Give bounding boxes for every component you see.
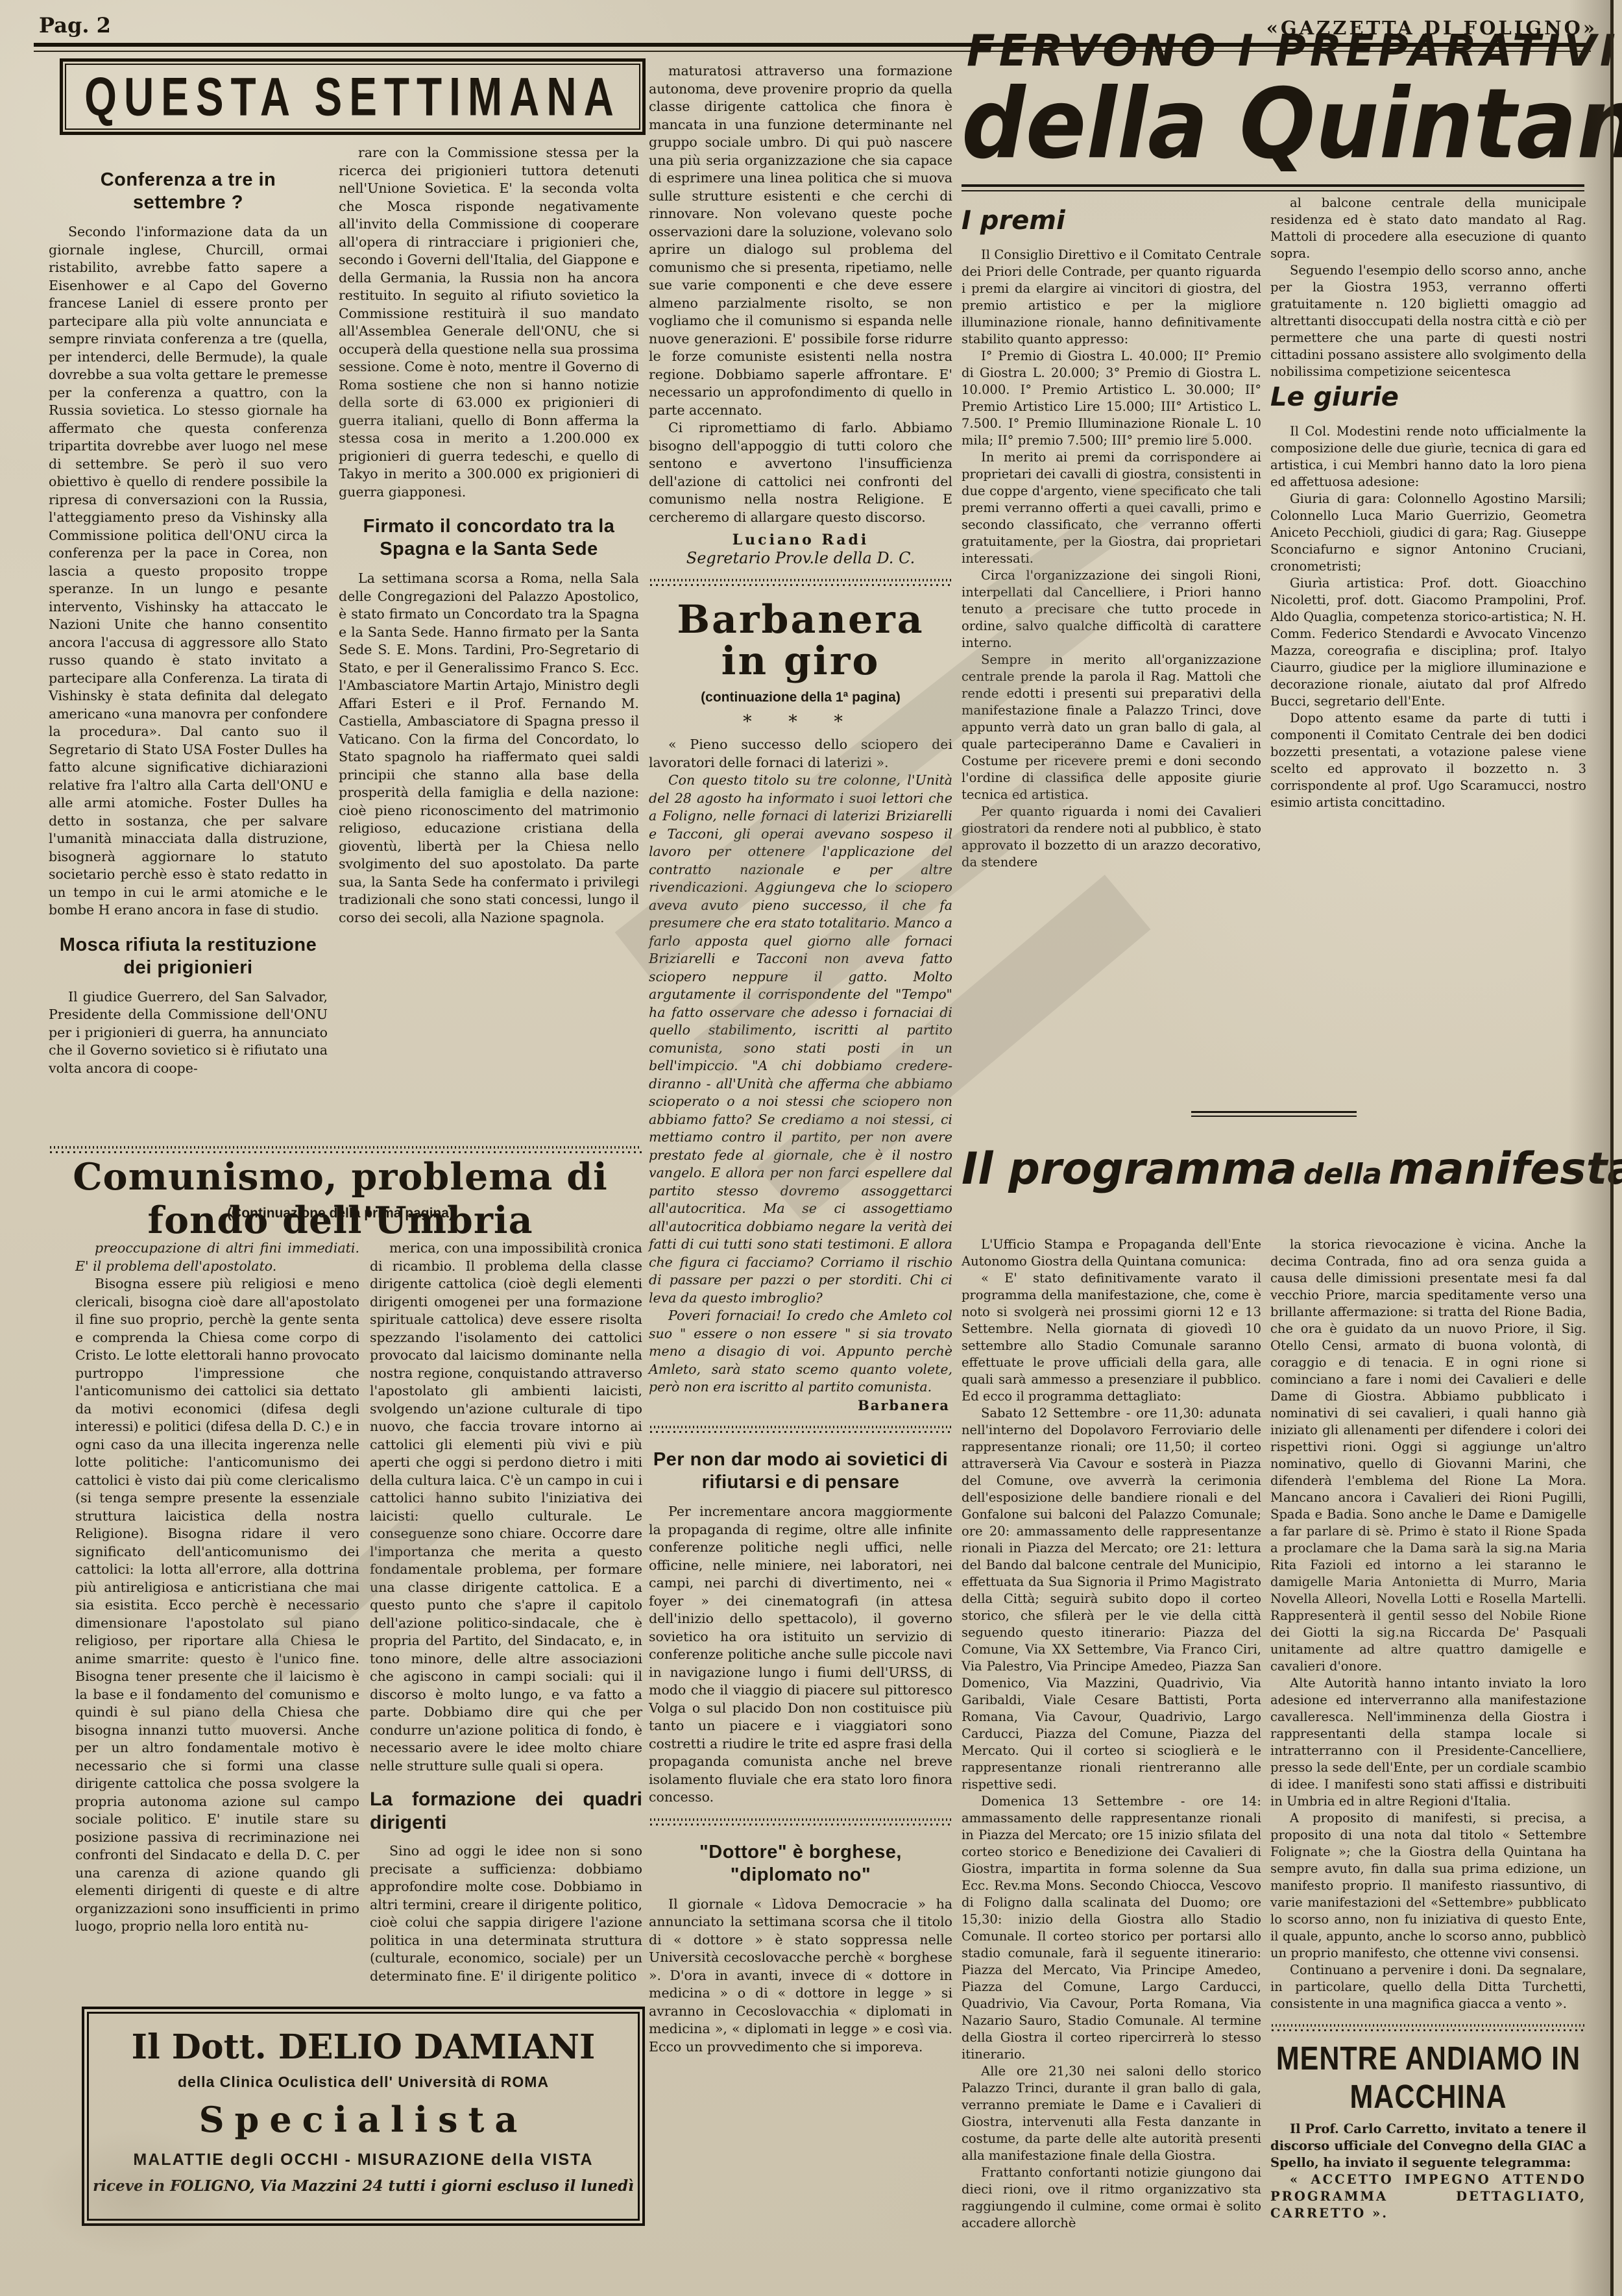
- signature-role: Segretario Prov.le della D. C.: [649, 550, 952, 568]
- article-paragraph: Giurìa artistica: Prof. dott. Gioacchino…: [1270, 575, 1586, 710]
- left-column-2: rare con la Commissione stessa per la ri…: [339, 144, 639, 927]
- comunismo-continuation-note: (Continuazione della prima pagina): [40, 1206, 640, 1221]
- article-paragraph: Bisogna essere più religiosi e meno cler…: [75, 1275, 359, 1936]
- signature: Barbanera: [649, 1397, 952, 1415]
- programma-headline: Il programmadellamanifestazione: [962, 1143, 1586, 1195]
- programma-headline-part1: Il programma: [962, 1143, 1297, 1195]
- page-number-label: Pag. 2: [39, 13, 111, 38]
- article-paragraph: Dopo attento esame da parte di tutti i c…: [1270, 710, 1586, 811]
- page-edge-shadow: [1569, 0, 1610, 2296]
- ad-address-line: riceve in FOLIGNO, Via Mazzini 24 tutti …: [84, 2177, 642, 2195]
- article-paragraph: Seguendo l'esempio dello scorso anno, an…: [1270, 262, 1586, 380]
- article-paragraph: Il Consiglio Direttivo e il Comitato Cen…: [962, 247, 1261, 348]
- article-paragraph: Con questo titolo su tre colonne, l'Unit…: [649, 772, 952, 1307]
- article-paragraph: Continuano a pervenire i doni. Da segnal…: [1270, 1962, 1586, 2012]
- article-paragraph: Giuria di gara: Colonnello Agostino Mars…: [1270, 491, 1586, 575]
- article-paragraph: al balcone centrale della municipale res…: [1270, 195, 1586, 262]
- middle-column: maturatosi attraverso una formazione aut…: [649, 62, 952, 2056]
- ad-doctor-name: Il Dott. DELIO DAMIANI: [84, 2027, 642, 2067]
- continuation-note: (continuazione della 1ª pagina): [649, 689, 952, 707]
- article-paragraph: preoccupazione di altri fini immediati. …: [75, 1240, 359, 1275]
- article-paragraph: Alle ore 21,30 nei saloni dello storico …: [962, 2063, 1261, 2164]
- dotted-divider: [650, 1426, 951, 1434]
- article-subhead: Mosca rifiuta la restituzione dei prigio…: [53, 934, 324, 979]
- article-subhead: "Dottore" è borghese, "diplomato no": [653, 1841, 949, 1887]
- article-subhead: La formazione dei quadri dirigenti: [370, 1788, 642, 1835]
- dotted-divider: [650, 1818, 951, 1827]
- advertisement-box: Il Dott. DELIO DAMIANI della Clinica Ocu…: [82, 2007, 645, 2226]
- article-headline: Barbanera in giro: [649, 599, 952, 682]
- section-center-rule: [1191, 1111, 1357, 1117]
- programma-column-2: la storica rievocazione è vicina. Anche …: [1270, 1236, 1586, 2222]
- comunismo-column-1: preoccupazione di altri fini immediati. …: [75, 1240, 359, 1936]
- quintana-double-rule: [962, 184, 1584, 191]
- page-edge-line: [1610, 0, 1614, 2296]
- article-paragraph: « ACCETTO IMPEGNO ATTENDO PROGRAMMA DETT…: [1270, 2171, 1586, 2222]
- dotted-divider: [650, 579, 951, 587]
- article-paragraph: Alte Autorità hanno intanto inviato la l…: [1270, 1675, 1586, 1810]
- article-paragraph: I° Premio di Giostra L. 40.000; II° Prem…: [962, 348, 1261, 449]
- article-subhead: Conferenza a tre in settembre ?: [53, 169, 324, 214]
- article-paragraph: « Pieno successo dello sciopero dei lavo…: [649, 736, 952, 772]
- article-paragraph: A proposito di manifesti, si precisa, a …: [1270, 1810, 1586, 1962]
- article-paragraph: L'Ufficio Stampa e Propaganda dell'Ente …: [962, 1236, 1261, 1270]
- ad-clinic-line: della Clinica Oculistica dell' Universit…: [84, 2073, 642, 2091]
- ad-services-line: MALATTIE degli OCCHI - MISURAZIONE della…: [84, 2151, 642, 2169]
- comunismo-headline: Comunismo, problema di fondo dell'Umbria: [40, 1155, 640, 1242]
- article-paragraph: Per quanto riguarda i nomi dei Cavalieri…: [962, 803, 1261, 871]
- left-column-1: Conferenza a tre in settembre ?Secondo l…: [49, 154, 328, 1077]
- article-paragraph: Sabato 12 Settembre - ore 11,30: adunata…: [962, 1405, 1261, 1793]
- article-paragraph: la storica rievocazione è vicina. Anche …: [1270, 1236, 1586, 1675]
- quintana-column-giurie: al balcone centrale della municipale res…: [1270, 195, 1586, 811]
- dotted-divider: [50, 1146, 642, 1154]
- article-subhead: I premi: [962, 206, 1261, 235]
- article-paragraph: Il giornale « Lìdova Democracie » ha ann…: [649, 1896, 952, 2057]
- article-paragraph: rare con la Commissione stessa per la ri…: [339, 144, 639, 501]
- questa-settimana-title: QUESTA SETTIMANA: [84, 66, 621, 128]
- article-paragraph: Il Col. Modestini rende noto ufficialmen…: [1270, 423, 1586, 491]
- article-paragraph: Il giudice Guerrero, del San Salvador, P…: [49, 988, 328, 1078]
- article-subhead: Le giurie: [1270, 383, 1586, 411]
- article-paragraph: « E' stato definitivamente varato il pro…: [962, 1270, 1261, 1405]
- programma-column-1: L'Ufficio Stampa e Propaganda dell'Ente …: [962, 1236, 1261, 2232]
- newspaper-page: Pag. 2 «GAZZETTA DI FOLIGNO» QUESTA SETT…: [0, 0, 1622, 2296]
- comunismo-column-2: merica, con una impossibilità cronica di…: [370, 1240, 642, 1985]
- article-subhead: Firmato il concordato tra la Spagna e la…: [343, 515, 635, 561]
- article-subhead: Per non dar modo ai sovietici di rifiuta…: [653, 1448, 949, 1494]
- dotted-divider: [1272, 2024, 1585, 2033]
- article-paragraph: maturatosi attraverso una formazione aut…: [649, 62, 952, 419]
- article-paragraph: Circa l'organizzazione dei singoli Rioni…: [962, 567, 1261, 652]
- article-headline: MENTRE ANDIAMO IN MACCHINA: [1270, 2040, 1586, 2116]
- questa-settimana-box: QUESTA SETTIMANA: [60, 58, 646, 135]
- ad-specialist-line: Specialista: [84, 2099, 642, 2140]
- programma-headline-part2: della: [1297, 1158, 1388, 1191]
- article-paragraph: Secondo l'informazione data da un giorna…: [49, 223, 328, 920]
- section-stars: * * *: [649, 713, 952, 731]
- article-paragraph: Sino ad oggi le idee non si sono precisa…: [370, 1842, 642, 1985]
- article-paragraph: Ci ripromettiamo di farlo. Abbiamo bisog…: [649, 419, 952, 526]
- article-paragraph: Frattanto confortanti notizie giungono d…: [962, 2164, 1261, 2232]
- quintana-column-premi: I premiIl Consiglio Direttivo e il Comit…: [962, 204, 1261, 871]
- article-paragraph: Poveri fornaciai! Io credo che Amleto co…: [649, 1307, 952, 1397]
- article-paragraph: In merito ai premi da corrispondere ai p…: [962, 449, 1261, 567]
- article-paragraph: Il Prof. Carlo Carretto, invitato a tene…: [1270, 2121, 1586, 2171]
- article-paragraph: La settimana scorsa a Roma, nella Sala d…: [339, 570, 639, 927]
- article-paragraph: Sempre in merito all'organizzazione cent…: [962, 652, 1261, 803]
- article-paragraph: merica, con una impossibilità cronica di…: [370, 1240, 642, 1775]
- article-paragraph: Per incrementare ancora maggiormente la …: [649, 1503, 952, 1807]
- article-paragraph: Domenica 13 Settembre - ore 14: ammassam…: [962, 1793, 1261, 2063]
- signature: Luciano Radi: [649, 531, 952, 550]
- quintana-main-headline: della Quintana: [962, 67, 1584, 180]
